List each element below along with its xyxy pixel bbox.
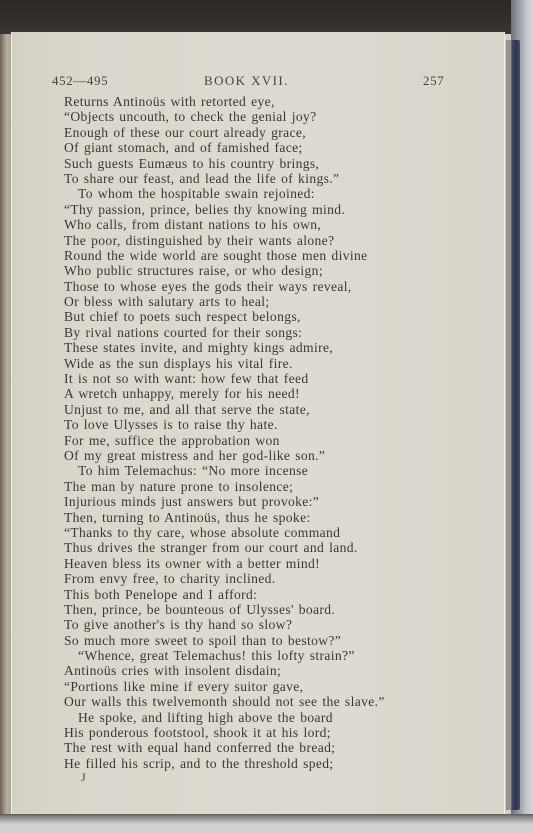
verse-line: Of my great mistress and her god-like so… bbox=[64, 448, 494, 463]
verse-line: “Thy passion, prince, belies thy knowing… bbox=[64, 202, 494, 217]
verse-line: For me, suffice the approbation won bbox=[64, 433, 494, 448]
running-head: 452—495 BOOK XVII. 257 bbox=[11, 73, 505, 91]
verse-line: Then, prince, be bounteous of Ulysses' b… bbox=[64, 602, 494, 617]
verse-line: Antinoüs cries with insolent disdain; bbox=[64, 663, 494, 678]
line-range: 452—495 bbox=[52, 73, 108, 89]
verse-line: By rival nations courted for their songs… bbox=[64, 325, 494, 340]
verse-line: So much more sweet to spoil than to best… bbox=[64, 633, 494, 648]
verse-line: Round the wide world are sought those me… bbox=[64, 248, 494, 263]
verse-line: Enough of these our court already grace, bbox=[64, 125, 494, 140]
verse-line: The rest with equal hand conferred the b… bbox=[64, 740, 494, 755]
book-cover-binding bbox=[506, 40, 520, 810]
verse-line: A wretch unhappy, merely for his need! bbox=[64, 386, 494, 401]
verse-line: He filled his scrip, and to the threshol… bbox=[64, 756, 494, 771]
verse-line: This both Penelope and I afford: bbox=[64, 587, 494, 602]
verse-line: Injurious minds just answers but provoke… bbox=[64, 494, 494, 509]
verse-line: To give another's is thy hand so slow? bbox=[64, 617, 494, 632]
verse-line: Unjust to me, and all that serve the sta… bbox=[64, 402, 494, 417]
verse-line: Our walls this twelvemonth should not se… bbox=[64, 694, 494, 709]
verse-line: To him Telemachus: “No more incense bbox=[64, 463, 494, 478]
verse-line: “Portions like mine if every suitor gave… bbox=[64, 679, 494, 694]
verse-line: Or bless with salutary arts to heal; bbox=[64, 294, 494, 309]
verse-line: The man by nature prone to insolence; bbox=[64, 479, 494, 494]
verse-line: His ponderous footstool, shook it at his… bbox=[64, 725, 494, 740]
verse-line: Then, turning to Antinoüs, thus he spoke… bbox=[64, 510, 494, 525]
verse-line: To share our feast, and lead the life of… bbox=[64, 171, 494, 186]
verse-line: Such guests Eumæus to his country brings… bbox=[64, 156, 494, 171]
page-content: 452—495 BOOK XVII. 257 Returns Antinoüs … bbox=[11, 32, 505, 814]
photo-scene: 452—495 BOOK XVII. 257 Returns Antinoüs … bbox=[0, 0, 533, 833]
dark-backdrop bbox=[0, 0, 533, 34]
book-title: BOOK XVII. bbox=[204, 73, 289, 89]
verse-line: The poor, distinguished by their wants a… bbox=[64, 233, 494, 248]
page-bottom-shadow bbox=[0, 814, 533, 833]
verse-line: “Objects uncouth, to check the genial jo… bbox=[64, 109, 494, 124]
signature-mark: J bbox=[81, 770, 86, 785]
verse-line: He spoke, and lifting high above the boa… bbox=[64, 710, 494, 725]
verse-line: Those to whose eyes the gods their ways … bbox=[64, 279, 494, 294]
verse-line: To love Ulysses is to raise thy hate. bbox=[64, 417, 494, 432]
verse-line: “Whence, great Telemachus! this lofty st… bbox=[64, 648, 494, 663]
verse-line: But chief to poets such respect belongs, bbox=[64, 309, 494, 324]
verse-line: To whom the hospitable swain rejoined: bbox=[64, 186, 494, 201]
verse-line: Heaven bless its owner with a better min… bbox=[64, 556, 494, 571]
verse-line: Returns Antinoüs with retorted eye, bbox=[64, 94, 494, 109]
verse-line: From envy free, to charity inclined. bbox=[64, 571, 494, 586]
verse-line: Who public structures raise, or who desi… bbox=[64, 263, 494, 278]
verse-block: Returns Antinoüs with retorted eye,“Obje… bbox=[64, 94, 494, 771]
verse-line: Of giant stomach, and of famished face; bbox=[64, 140, 494, 155]
verse-line: Who calls, from distant nations to his o… bbox=[64, 217, 494, 232]
page-number: 257 bbox=[423, 73, 444, 89]
verse-line: Thus drives the stranger from our court … bbox=[64, 540, 494, 555]
verse-line: These states invite, and mighty kings ad… bbox=[64, 340, 494, 355]
verse-line: Wide as the sun displays his vital fire. bbox=[64, 356, 494, 371]
verse-line: “Thanks to thy care, whose absolute comm… bbox=[64, 525, 494, 540]
book-page: 452—495 BOOK XVII. 257 Returns Antinoüs … bbox=[11, 32, 505, 815]
verse-line: It is not so with want: how few that fee… bbox=[64, 371, 494, 386]
